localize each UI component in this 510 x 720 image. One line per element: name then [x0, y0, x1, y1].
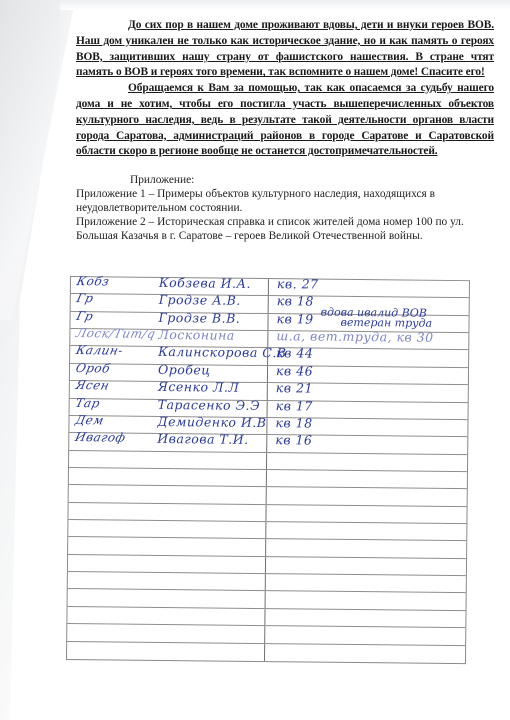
apartment-number: кв 46 — [276, 363, 313, 378]
table-row-empty — [67, 642, 465, 664]
letter-body: До сих пор в нашем доме проживают вдовы,… — [76, 18, 494, 243]
address-cell: кв 16 — [267, 435, 467, 453]
handwritten-signature: Ясен — [74, 378, 111, 392]
signature-name-cell — [68, 537, 266, 555]
apartment-number: кв 16 — [275, 432, 312, 447]
address-cell — [266, 522, 466, 540]
resident-name: Тарасенко Э.Э — [158, 396, 261, 412]
handwritten-signature: Гр — [75, 309, 95, 323]
signature-name-cell — [69, 468, 267, 486]
address-cell — [267, 470, 467, 488]
attachments-heading: Приложение: — [76, 173, 494, 187]
paragraph-appeal: Обращаемся к Вам за помощью, так как опа… — [76, 81, 494, 160]
note-line: ветеран труда — [320, 317, 432, 328]
address-cell — [266, 557, 466, 575]
handwritten-signature: Кобз — [75, 274, 111, 288]
address-cell — [265, 644, 465, 663]
handwritten-signature: Лоск/Тит/q — [75, 326, 157, 341]
attachment-1: Приложение 1 – Примеры объектов культурн… — [76, 187, 494, 215]
address-cell — [267, 487, 467, 505]
resident-name: Ивагова Т.И. — [157, 431, 249, 447]
attachment-2: Приложение 2 – Историческая справка и сп… — [76, 215, 494, 243]
handwritten-signature: Гр — [75, 291, 95, 305]
address-cell — [267, 453, 467, 471]
apartment-number: кв. 27 — [277, 276, 319, 291]
resident-name: Оробец — [158, 362, 211, 378]
signature-name-cell: ИвагофИвагова Т.И. — [69, 433, 267, 451]
apartment-number: кв 18 — [277, 294, 314, 309]
resident-name: Кобзева И.А. — [159, 275, 251, 291]
address-cell — [266, 574, 466, 592]
handwritten-signature: Ороб — [74, 361, 111, 375]
handwritten-signature: Ивагоф — [74, 430, 127, 444]
signature-name-cell — [67, 607, 265, 625]
address-cell — [266, 592, 466, 610]
handwritten-signature: Тар — [74, 396, 101, 410]
signature-name-cell — [69, 485, 267, 503]
resident-name: Лосконина — [158, 327, 235, 343]
signature-name-cell — [67, 642, 265, 661]
address-cell — [266, 539, 466, 557]
signature-name-cell — [68, 503, 266, 521]
signature-table: КобзКобзева И.А.кв. 27ГрГродзе А.В.кв 18… — [66, 276, 470, 664]
signature-name-cell — [68, 572, 266, 590]
resident-name: Гродзе А.В. — [159, 292, 241, 308]
signature-name-cell — [68, 555, 266, 573]
handwritten-note: вдова ивалид ВОВветеран труда — [320, 307, 432, 328]
apartment-number: ш.а, вет.труда, кв 30 — [276, 328, 433, 345]
resident-name: Демиденко И.В — [157, 414, 266, 430]
signature-name-cell — [68, 520, 266, 538]
signature-name-cell — [67, 624, 265, 642]
signature-name-cell — [69, 451, 267, 469]
handwritten-signature: Дем — [74, 413, 105, 427]
apartment-number: кв 19 — [276, 311, 313, 326]
resident-name: Гродзе В.В. — [158, 310, 240, 326]
paragraph-heroes: До сих пор в нашем доме проживают вдовы,… — [76, 18, 494, 81]
apartment-number: кв 17 — [276, 398, 313, 413]
resident-name: Ясенко Л.Л — [158, 379, 240, 395]
paper-top-shadow — [60, 0, 510, 10]
address-cell — [265, 609, 465, 627]
signature-name-cell — [68, 589, 266, 607]
address-cell — [266, 505, 466, 523]
handwritten-signature: Калин- — [75, 344, 125, 358]
apartment-number: кв 21 — [276, 380, 313, 395]
paper-fold-edge — [0, 0, 80, 320]
apartment-number: кв 18 — [275, 415, 312, 430]
apartment-number: кв 44 — [276, 346, 313, 361]
address-cell — [265, 626, 465, 644]
